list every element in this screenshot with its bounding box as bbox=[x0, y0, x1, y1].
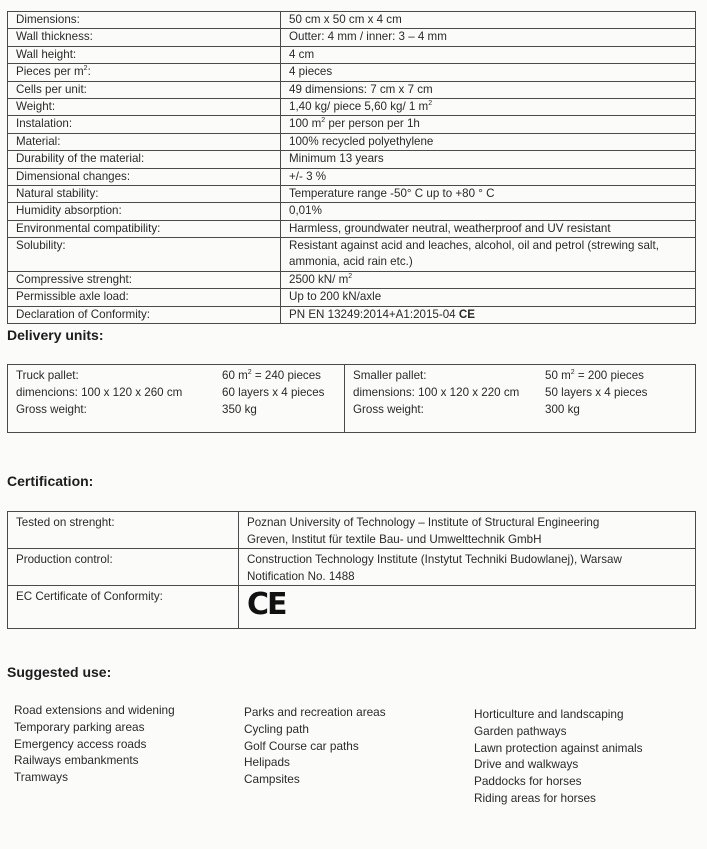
spec-value: 2500 kN/ m2 bbox=[281, 272, 696, 289]
cert-value: Poznan University of Technology – Instit… bbox=[239, 512, 696, 549]
suggested-use-item: Road extensions and widening bbox=[14, 702, 175, 719]
spec-value: 100% recycled polyethylene bbox=[281, 133, 696, 150]
smaller-pallet-cell: Smaller pallet:50 m2 = 200 piecesdimensi… bbox=[345, 365, 696, 433]
spec-row: Permissible axle load:Up to 200 kN/axle bbox=[8, 289, 696, 306]
spec-row: Instalation:100 m2 per person per 1h bbox=[8, 116, 696, 133]
delivery-label: Gross weight: bbox=[353, 401, 545, 418]
spec-label: Solubility: bbox=[8, 238, 281, 272]
spec-label: Weight: bbox=[8, 98, 281, 115]
spec-value: 0,01% bbox=[281, 203, 696, 220]
spec-row: Dimensional changes:+/- 3 % bbox=[8, 168, 696, 185]
spec-label: Cells per unit: bbox=[8, 81, 281, 98]
suggested-use-column-2: Parks and recreation areasCycling pathGo… bbox=[244, 704, 386, 788]
cert-label: EC Certificate of Conformity: bbox=[8, 586, 239, 629]
delivery-value: 50 layers x 4 pieces bbox=[545, 384, 695, 401]
spec-row: Environmental compatibility:Harmless, gr… bbox=[8, 220, 696, 237]
suggested-use-item: Emergency access roads bbox=[14, 736, 175, 753]
delivery-label: dimencions: 100 x 120 x 260 cm bbox=[16, 384, 222, 401]
spec-value: 49 dimensions: 7 cm x 7 cm bbox=[281, 81, 696, 98]
suggested-use-item: Paddocks for horses bbox=[474, 773, 643, 790]
cert-value: Construction Technology Institute (Insty… bbox=[239, 549, 696, 586]
suggested-use-item: Riding areas for horses bbox=[474, 790, 643, 807]
spec-value: Resistant against acid and leaches, alco… bbox=[281, 238, 696, 272]
spec-value: Up to 200 kN/axle bbox=[281, 289, 696, 306]
suggested-use-item: Golf Course car paths bbox=[244, 738, 386, 755]
suggested-use-item: Temporary parking areas bbox=[14, 719, 175, 736]
spec-row: Cells per unit:49 dimensions: 7 cm x 7 c… bbox=[8, 81, 696, 98]
spec-row: Wall thickness:Outter: 4 mm / inner: 3 –… bbox=[8, 29, 696, 46]
spec-value: +/- 3 % bbox=[281, 168, 696, 185]
suggested-use-item: Railways embankments bbox=[14, 752, 175, 769]
delivery-label: dimensions: 100 x 120 x 220 cm bbox=[353, 384, 545, 401]
spec-label: Dimensions: bbox=[8, 12, 281, 29]
spec-value: Minimum 13 years bbox=[281, 151, 696, 168]
spec-label: Material: bbox=[8, 133, 281, 150]
spec-row: Declaration of Conformity:PN EN 13249:20… bbox=[8, 306, 696, 323]
spec-label: Dimensional changes: bbox=[8, 168, 281, 185]
spec-label: Pieces per m2: bbox=[8, 64, 281, 81]
spec-row: Natural stability:Temperature range -50°… bbox=[8, 185, 696, 202]
cert-label: Tested on strenght: bbox=[8, 512, 239, 549]
spec-label: Durability of the material: bbox=[8, 151, 281, 168]
certification-heading: Certification: bbox=[7, 473, 93, 489]
spec-value: Outter: 4 mm / inner: 3 – 4 mm bbox=[281, 29, 696, 46]
spec-row: Material:100% recycled polyethylene bbox=[8, 133, 696, 150]
suggested-use-item: Horticulture and landscaping bbox=[474, 706, 643, 723]
spec-row: Durability of the material:Minimum 13 ye… bbox=[8, 151, 696, 168]
spec-row: Pieces per m2:4 pieces bbox=[8, 64, 696, 81]
delivery-value: 60 m2 = 240 pieces bbox=[222, 367, 344, 384]
suggested-use-column-1: Road extensions and wideningTemporary pa… bbox=[14, 702, 175, 786]
ce-mark-icon: CE bbox=[247, 587, 286, 622]
spec-label: Humidity absorption: bbox=[8, 203, 281, 220]
suggested-use-item: Tramways bbox=[14, 769, 175, 786]
delivery-value: 350 kg bbox=[222, 401, 344, 418]
spec-label: Permissible axle load: bbox=[8, 289, 281, 306]
spec-row: Weight:1,40 kg/ piece 5,60 kg/ 1 m2 bbox=[8, 98, 696, 115]
suggested-use-item: Campsites bbox=[244, 771, 386, 788]
delivery-value: 300 kg bbox=[545, 401, 695, 418]
suggested-use-column-3: Horticulture and landscapingGarden pathw… bbox=[474, 706, 643, 807]
suggested-use-item: Helipads bbox=[244, 754, 386, 771]
suggested-use-item: Garden pathways bbox=[474, 723, 643, 740]
spec-row: Wall height:4 cm bbox=[8, 46, 696, 63]
delivery-label: Smaller pallet: bbox=[353, 367, 545, 384]
spec-label: Wall height: bbox=[8, 46, 281, 63]
spec-value: PN EN 13249:2014+A1:2015-04 CE bbox=[281, 306, 696, 323]
specifications-table: Dimensions:50 cm x 50 cm x 4 cmWall thic… bbox=[7, 11, 696, 324]
suggested-use-item: Cycling path bbox=[244, 721, 386, 738]
spec-row: Humidity absorption:0,01% bbox=[8, 203, 696, 220]
delivery-label: Gross weight: bbox=[16, 401, 222, 418]
cert-row-production: Production control: Construction Technol… bbox=[8, 549, 696, 586]
spec-label: Natural stability: bbox=[8, 185, 281, 202]
certification-table: Tested on strenght: Poznan University of… bbox=[7, 511, 696, 629]
truck-pallet-cell: Truck pallet:60 m2 = 240 piecesdimencion… bbox=[8, 365, 345, 433]
delivery-units-heading: Delivery units: bbox=[7, 327, 103, 343]
spec-label: Instalation: bbox=[8, 116, 281, 133]
spec-label: Declaration of Conformity: bbox=[8, 306, 281, 323]
spec-value: 1,40 kg/ piece 5,60 kg/ 1 m2 bbox=[281, 98, 696, 115]
spec-value: Harmless, groundwater neutral, weatherpr… bbox=[281, 220, 696, 237]
delivery-label: Truck pallet: bbox=[16, 367, 222, 384]
suggested-use-item: Lawn protection against animals bbox=[474, 740, 643, 757]
spec-value: 50 cm x 50 cm x 4 cm bbox=[281, 12, 696, 29]
delivery-value: 50 m2 = 200 pieces bbox=[545, 367, 695, 384]
suggested-use-heading: Suggested use: bbox=[7, 664, 111, 680]
spec-value: 100 m2 per person per 1h bbox=[281, 116, 696, 133]
suggested-use-item: Parks and recreation areas bbox=[244, 704, 386, 721]
delivery-units-table: Truck pallet:60 m2 = 240 piecesdimencion… bbox=[7, 364, 696, 433]
spec-row: Solubility:Resistant against acid and le… bbox=[8, 238, 696, 272]
spec-label: Wall thickness: bbox=[8, 29, 281, 46]
delivery-value: 60 layers x 4 pieces bbox=[222, 384, 344, 401]
spec-value: Temperature range -50° C up to +80 ° C bbox=[281, 185, 696, 202]
spec-label: Environmental compatibility: bbox=[8, 220, 281, 237]
cert-value: CE bbox=[239, 586, 696, 629]
spec-value: 4 pieces bbox=[281, 64, 696, 81]
cert-row-tested: Tested on strenght: Poznan University of… bbox=[8, 512, 696, 549]
suggested-use-item: Drive and walkways bbox=[474, 756, 643, 773]
spec-row: Compressive strenght:2500 kN/ m2 bbox=[8, 272, 696, 289]
cert-row-ec: EC Certificate of Conformity: CE bbox=[8, 586, 696, 629]
spec-row: Dimensions:50 cm x 50 cm x 4 cm bbox=[8, 12, 696, 29]
spec-label: Compressive strenght: bbox=[8, 272, 281, 289]
spec-value: 4 cm bbox=[281, 46, 696, 63]
cert-label: Production control: bbox=[8, 549, 239, 586]
